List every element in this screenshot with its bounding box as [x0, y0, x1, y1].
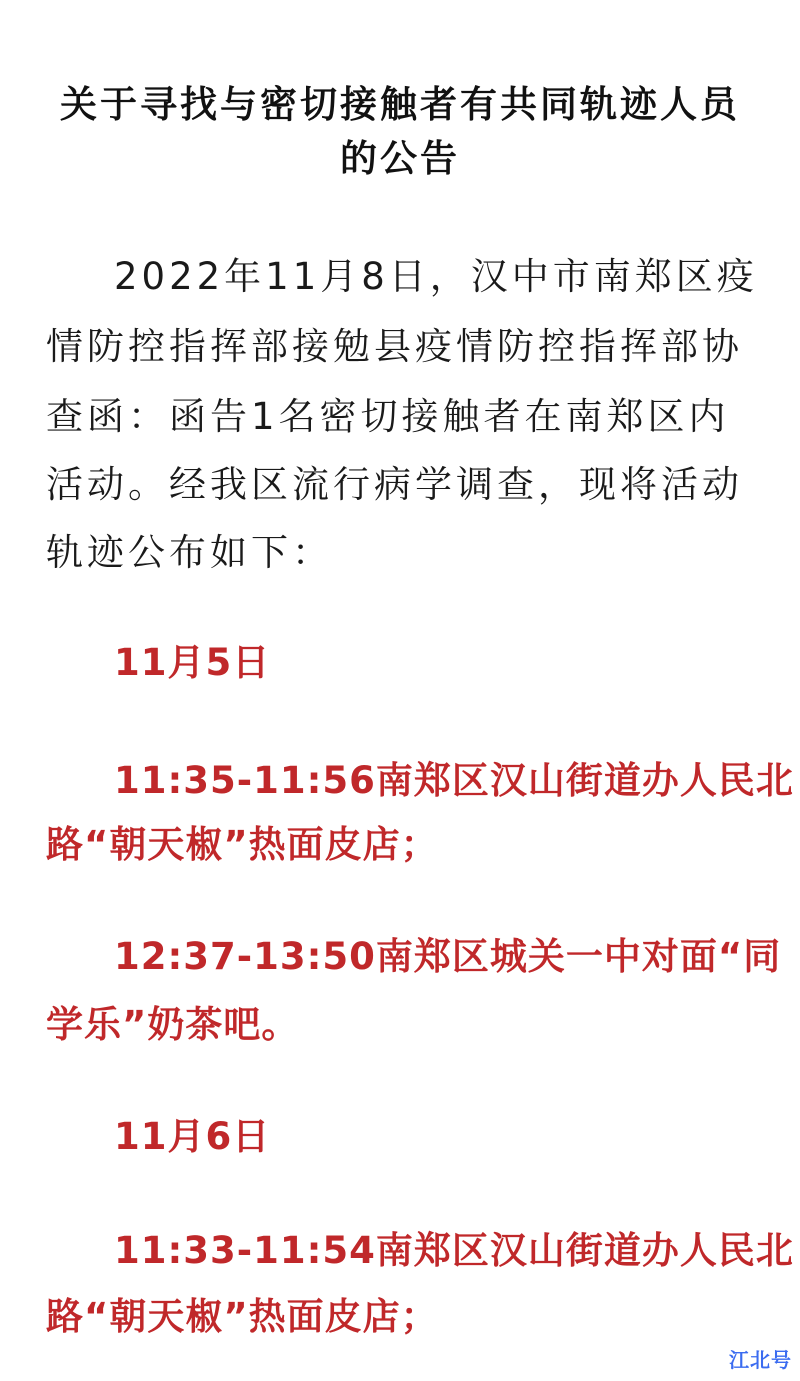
trajectory-entry-3-line-2: 路“朝天椒”热面皮店；	[46, 1286, 439, 1340]
trajectory-entry-2-line-2: 学乐”奶茶吧。	[46, 994, 299, 1048]
intro-line-1: 2022年11月8日，汉中市南郑区疫	[114, 246, 758, 300]
intro-line-5: 轨迹公布如下：	[46, 522, 333, 576]
intro-line-2: 情防控指挥部接勉县疫情防控指挥部协	[46, 316, 743, 370]
intro-line-4: 活动。经我区流行病学调查，现将活动	[46, 454, 743, 508]
trajectory-entry-2-line-1: 12:37-13:50南郑区城关一中对面“同	[114, 926, 781, 980]
trajectory-date-nov5: 11月5日	[114, 632, 270, 686]
trajectory-entry-1-line-2: 路“朝天椒”热面皮店；	[46, 814, 439, 868]
trajectory-date-nov6: 11月6日	[114, 1106, 270, 1160]
document-title-line-1: 关于寻找与密切接触者有共同轨迹人员	[0, 74, 800, 128]
trajectory-entry-1-line-1: 11:35-11:56南郑区汉山街道办人民北	[114, 750, 794, 804]
intro-line-3: 查函：函告1名密切接触者在南郑区内	[46, 386, 730, 440]
source-watermark: 江北号	[729, 1344, 792, 1373]
trajectory-entry-3-line-1: 11:33-11:54南郑区汉山街道办人民北	[114, 1220, 794, 1274]
document-title-line-2: 的公告	[0, 128, 800, 182]
